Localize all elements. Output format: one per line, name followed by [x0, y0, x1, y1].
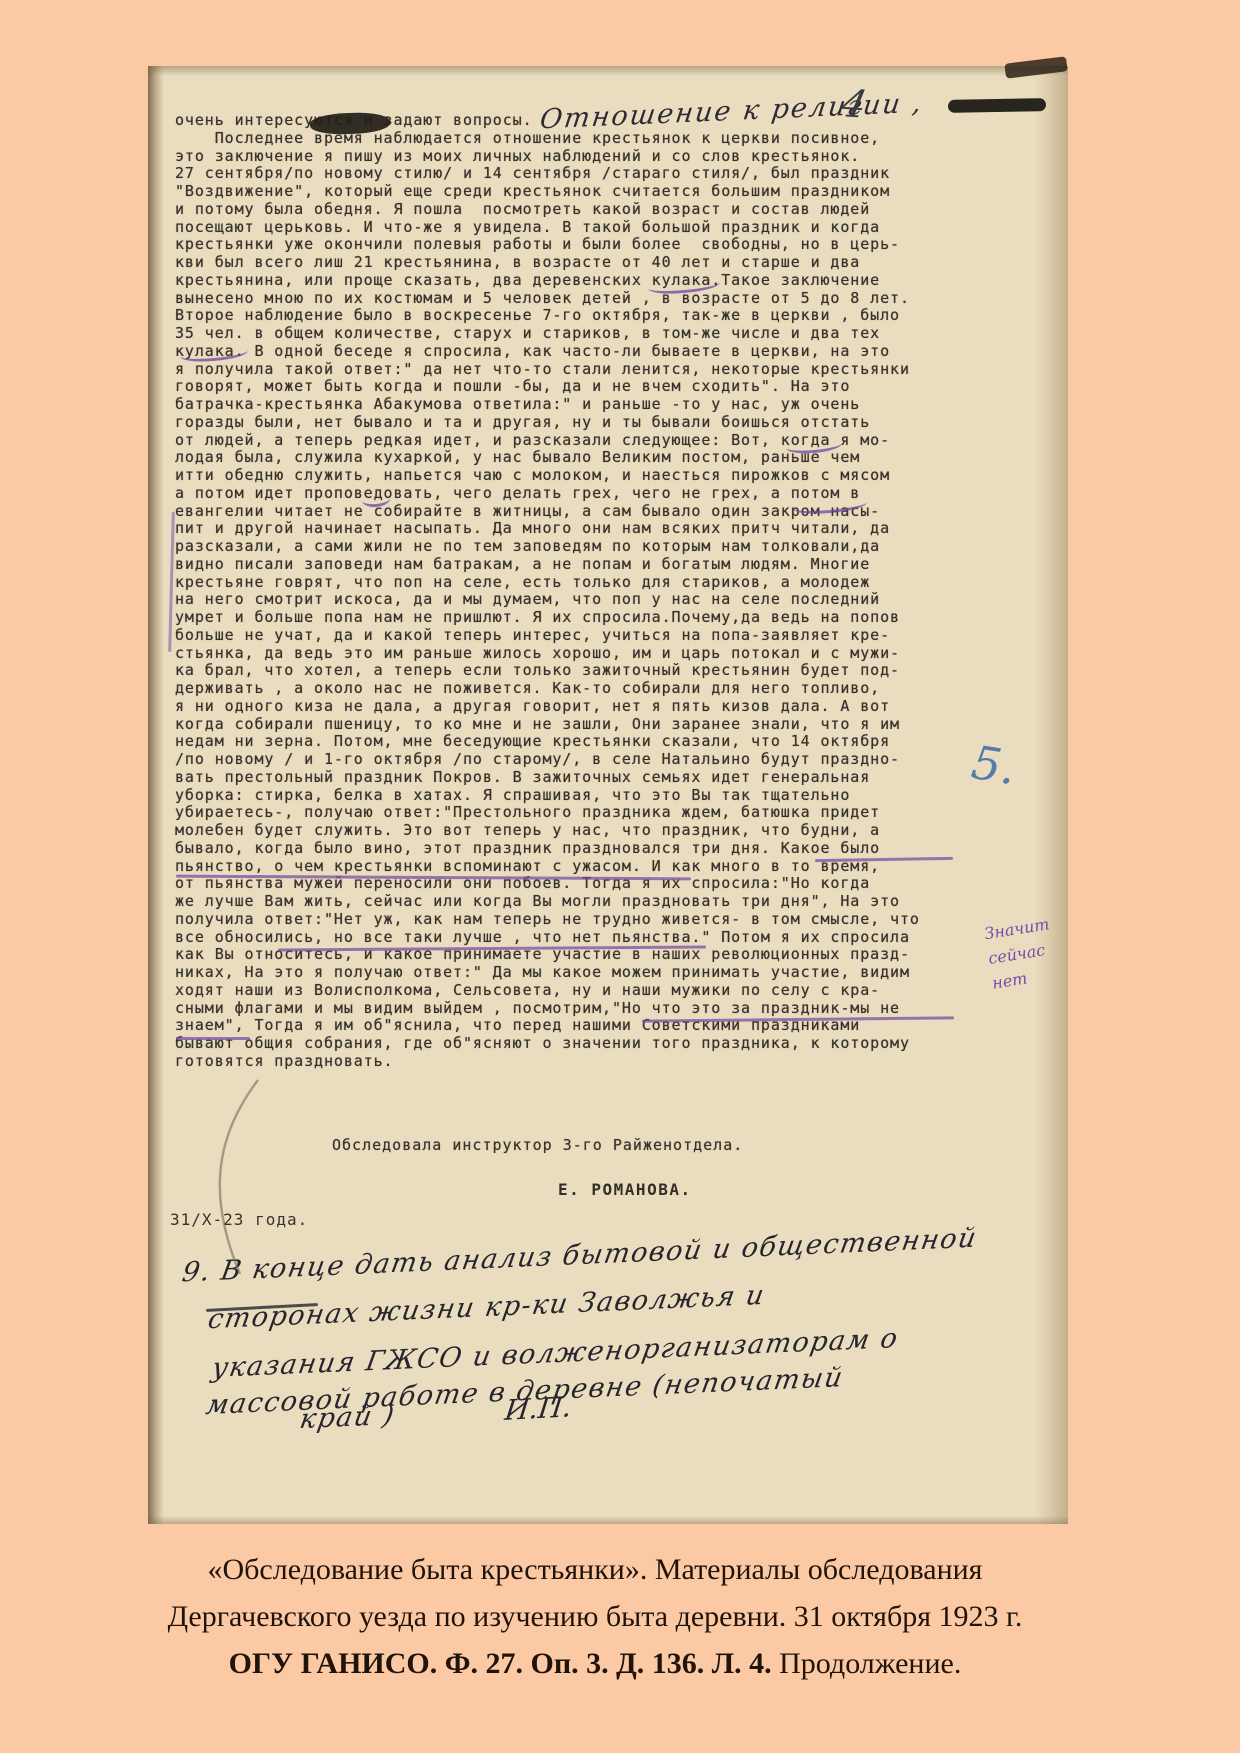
typed-line: ка брал, что хотел, а теперь если только… — [175, 662, 965, 680]
page-background: очень интересуются и задают вопросы. Пос… — [0, 0, 1240, 1753]
typed-line: батрачка-крестьянка Абакумова ответила:"… — [175, 396, 965, 414]
typed-line: говорят, может быть когда и пошли -бы, д… — [175, 378, 965, 396]
typed-line: на него смотрит искоса, да и мы думаем, … — [175, 591, 965, 609]
typed-line: же лучше Вам жить, сейчас или когда Вы м… — [175, 893, 965, 911]
caption-line-1: «Обследование быта крестьянки». Материал… — [0, 1546, 1190, 1593]
typed-line: разсказали, а сами жили не по тем запове… — [175, 538, 965, 556]
typed-line: недам ни зерна. Потом, мне беседующие кр… — [175, 733, 965, 751]
ink-smudge-top-right — [948, 98, 1046, 113]
typed-line: Второе наблюдение было в воскресенье 7-г… — [175, 307, 965, 325]
typed-line: /по новому / и 1-го октября /по старому/… — [175, 751, 965, 769]
typed-line: видно писали заповеди нам батракам, а не… — [175, 556, 965, 574]
signature-line: Обследовала инструктор 3-го Райженотдела… — [332, 1136, 743, 1154]
typed-line: умрет и больше попа нам не пришлют. Я их… — [175, 609, 965, 627]
typed-line: ходят наши из Волисполкома, Сельсовета, … — [175, 982, 965, 1000]
typed-line: молебен будет служить. Это вот теперь у … — [175, 822, 965, 840]
typed-line: крестьяне говрят, что поп на селе, есть … — [175, 574, 965, 592]
paper-left-edge-shadow — [148, 66, 164, 1524]
typed-line: держивать , а около нас не поживется. Ка… — [175, 680, 965, 698]
caption-block: «Обследование быта крестьянки». Материал… — [0, 1546, 1190, 1687]
typed-line: стьянка, да ведь это им раньше жилось хо… — [175, 645, 965, 663]
typed-line: все обносились, но все таки лучше , что … — [175, 929, 965, 947]
underline-mark — [176, 1037, 250, 1040]
typed-text-block: очень интересуются и задают вопросы. Пос… — [175, 112, 965, 1071]
handwritten-initials: И.П. — [503, 1390, 574, 1427]
typed-line: итти обедню служить, напьется чаю с моло… — [175, 467, 965, 485]
typed-line: это заключение я пишу из моих личных наб… — [175, 148, 965, 166]
typed-line: я ни одного киза не дала, а другая говор… — [175, 698, 965, 716]
typed-line: получила ответ:"Нет уж, как нам теперь н… — [175, 911, 965, 929]
paper-right-edge-shadow — [1034, 66, 1068, 1524]
typed-line: и потому была обедня. Я пошла посмотреть… — [175, 201, 965, 219]
typed-line: крестьянина, или проще сказать, два дере… — [175, 272, 965, 290]
caption-continuation-label: Продолжение. — [779, 1647, 961, 1680]
typed-line: пит и другой начинает насыпать. Да много… — [175, 520, 965, 538]
purple-margin-note: Значитсейчаснет — [983, 911, 1059, 995]
typed-line: уборка: стирка, белка в хатах. Я спрашив… — [175, 787, 965, 805]
typed-line: никах, На это я получаю ответ:" Да мы ка… — [175, 964, 965, 982]
typed-line: посещают церьковь. И что-же я увидела. В… — [175, 219, 965, 237]
paper-bottom-edge-shadow — [148, 1516, 1068, 1524]
typed-line: вынесено мною по их костюмам и 5 человек… — [175, 290, 965, 308]
signature-name: Е. РОМАНОВА. — [558, 1180, 692, 1199]
typed-line: больше не учат, да и какой теперь интере… — [175, 627, 965, 645]
pencil-curve-mark — [206, 1078, 296, 1278]
typed-line: сными флагами и мы видим выйдем , посмот… — [175, 1000, 965, 1018]
handwritten-note-line: край ) — [297, 1400, 397, 1435]
typed-line: я получила такой ответ:" да нет что-то с… — [175, 361, 965, 379]
typed-line: лодая была, служила кухаркой, у нас быва… — [175, 449, 965, 467]
typed-line: "Воздвижение", который еще среди крестья… — [175, 183, 965, 201]
caption-line-2: Дергачевского уезда по изучению быта дер… — [0, 1593, 1190, 1640]
paper-top-edge-shadow — [148, 66, 1068, 76]
typed-line: горазды были, нет бывало и та и другая, … — [175, 414, 965, 432]
typed-line: готовятся праздновать. — [175, 1053, 965, 1071]
typed-line: от людей, а теперь редкая идет, и разска… — [175, 432, 965, 450]
typed-line: 35 чел. в общем количестве, старух и ста… — [175, 325, 965, 343]
typed-line: вать престольный праздник Покров. В зажи… — [175, 769, 965, 787]
typed-line: когда собирали пшеницу, то ко мне и не з… — [175, 716, 965, 734]
typed-line: крестьянки уже окончили полевыя работы и… — [175, 236, 965, 254]
blue-margin-number: 5. — [968, 735, 1020, 795]
caption-archive-reference: ОГУ ГАНИСО. Ф. 27. Оп. 3. Д. 136. Л. 4. — [229, 1647, 772, 1680]
typed-line: 27 сентября/по новому стилю/ и 14 сентяб… — [175, 165, 965, 183]
typed-line: бывают общия собрания, где об"ясняют о з… — [175, 1035, 965, 1053]
typed-line: кулака. В одной беседе я спросила, как ч… — [175, 343, 965, 361]
typed-line: убираетесь-, получаю ответ:"Престольного… — [175, 804, 965, 822]
typed-line: кви был всего лиш 21 крестьянина, в возр… — [175, 254, 965, 272]
caption-line-3: ОГУ ГАНИСО. Ф. 27. Оп. 3. Д. 136. Л. 4. … — [0, 1640, 1190, 1687]
typed-line: бывало, когда было вино, этот праздник п… — [175, 840, 965, 858]
